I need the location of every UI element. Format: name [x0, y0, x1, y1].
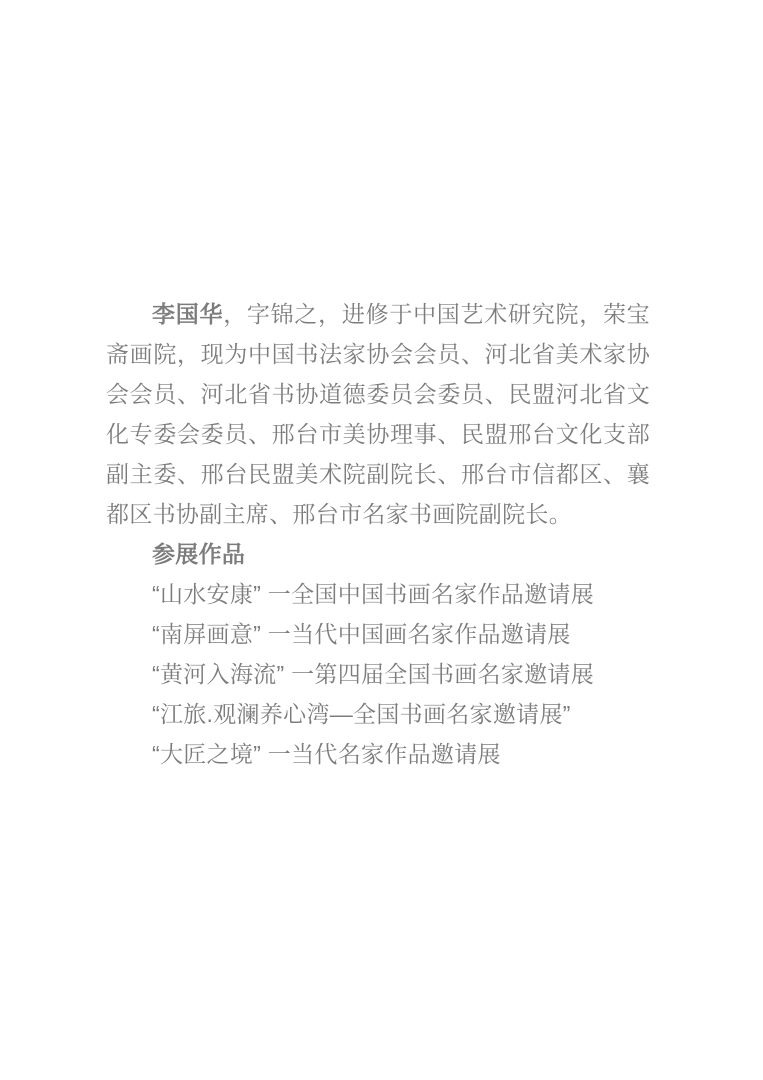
exhibition-item: “江旅.观澜养心湾—全国书画名家邀请展” — [106, 694, 650, 734]
bio-text: ，字锦之，进修于中国艺术研究院，荣宝斋画院，现为中国书法家协会会员、河北省美术家… — [106, 301, 650, 527]
artist-name: 李国华 — [152, 301, 223, 327]
exhibitions-heading: 参展作品 — [106, 534, 650, 574]
document-canvas: { "page": { "background_color": "#ffffff… — [0, 0, 763, 1080]
exhibition-item: “南屏画意” 一当代中国画名家作品邀请展 — [106, 614, 650, 654]
exhibition-item: “山水安康” 一全国中国书画名家作品邀请展 — [106, 574, 650, 614]
exhibition-item: “黄河入海流” 一第四届全国书画名家邀请展 — [106, 654, 650, 694]
exhibition-item: “大匠之境” 一当代名家作品邀请展 — [106, 734, 650, 774]
bio-paragraph: 李国华，字锦之，进修于中国艺术研究院，荣宝斋画院，现为中国书法家协会会员、河北省… — [106, 294, 650, 534]
text-block: 李国华，字锦之，进修于中国艺术研究院，荣宝斋画院，现为中国书法家协会会员、河北省… — [106, 294, 650, 774]
